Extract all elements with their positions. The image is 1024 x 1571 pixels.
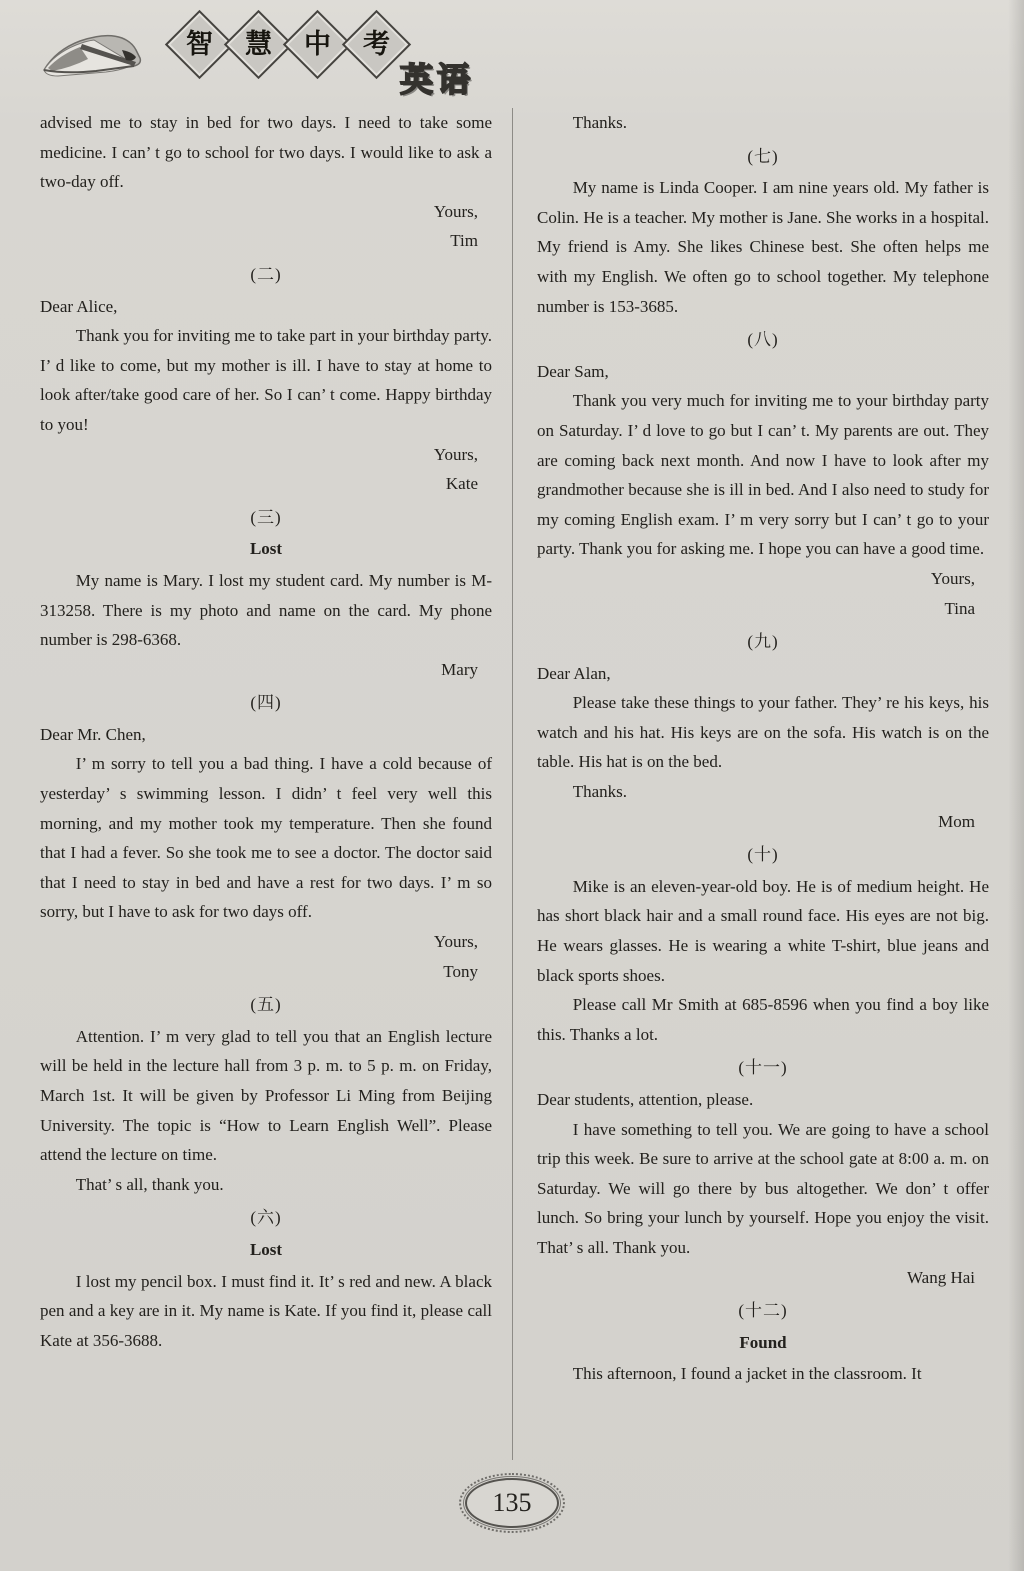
left-column: advised me to stay in bed for two days. … <box>40 108 492 1460</box>
paragraph: I’ m sorry to tell you a bad thing. I ha… <box>40 749 492 927</box>
letter-signature: Tim <box>40 226 492 256</box>
notice-title: Lost <box>40 1235 492 1265</box>
paragraph: Thank you for inviting me to take part i… <box>40 321 492 439</box>
letter-signature: Tina <box>537 594 989 624</box>
section-heading: (四) <box>40 688 492 718</box>
section-heading: (十) <box>537 840 989 870</box>
paragraph: That’ s all, thank you. <box>40 1170 492 1200</box>
letter-salutation: Dear Alice, <box>40 292 492 322</box>
paragraph: My name is Mary. I lost my student card.… <box>40 566 492 655</box>
letter-salutation: Dear students, attention, please. <box>537 1085 989 1115</box>
logo-char: 中 <box>304 31 331 58</box>
paragraph: I have something to tell you. We are goi… <box>537 1115 989 1263</box>
bullet-train-icon <box>36 24 154 86</box>
section-heading: (七) <box>537 142 989 172</box>
letter-signature: Yours, <box>40 927 492 957</box>
section-heading: (八) <box>537 325 989 355</box>
paragraph: This afternoon, I found a jacket in the … <box>537 1359 989 1389</box>
letter-signature: Mom <box>537 807 989 837</box>
notice-title: Lost <box>40 534 492 564</box>
section-heading: (九) <box>537 627 989 657</box>
logo-char: 考 <box>363 31 390 58</box>
letter-signature: Tony <box>40 957 492 987</box>
letter-salutation: Dear Sam, <box>537 357 989 387</box>
column-divider <box>512 108 513 1460</box>
logo-char: 智 <box>186 31 213 58</box>
letter-signature: Yours, <box>40 440 492 470</box>
section-heading: (六) <box>40 1203 492 1233</box>
paragraph: I lost my pencil box. I must find it. It… <box>40 1267 492 1356</box>
page-footer: 135 <box>0 1478 1024 1528</box>
letter-signature: Mary <box>40 655 492 685</box>
logo-char: 慧 <box>245 31 272 58</box>
letter-salutation: Dear Alan, <box>537 659 989 689</box>
two-column-body: advised me to stay in bed for two days. … <box>40 108 992 1460</box>
letter-signature: Yours, <box>537 564 989 594</box>
subject-label: 英语 <box>400 54 474 101</box>
section-heading: (十二) <box>537 1296 989 1326</box>
notice-title: Found <box>537 1328 989 1358</box>
workbook-page: 智 慧 中 考 英语 advised me to stay in bed for… <box>0 0 1024 1571</box>
letter-signature: Kate <box>40 469 492 499</box>
paragraph: My name is Linda Cooper. I am nine years… <box>537 173 989 321</box>
paragraph: Please take these things to your father.… <box>537 688 989 777</box>
right-column: Thanks.(七)My name is Linda Cooper. I am … <box>537 108 989 1460</box>
paragraph: Mike is an eleven-year-old boy. He is of… <box>537 872 989 990</box>
section-heading: (三) <box>40 503 492 533</box>
section-heading: (二) <box>40 260 492 290</box>
paragraph: Attention. I’ m very glad to tell you th… <box>40 1022 492 1170</box>
logo-diamond-row: 智 慧 中 考 <box>170 20 406 69</box>
letter-signature: Yours, <box>40 197 492 227</box>
letter-salutation: Dear Mr. Chen, <box>40 720 492 750</box>
paragraph-continuation: advised me to stay in bed for two days. … <box>40 108 492 197</box>
letter-signature: Wang Hai <box>537 1263 989 1293</box>
page-edge-shadow <box>1008 0 1024 1571</box>
paragraph: Please call Mr Smith at 685-8596 when yo… <box>537 990 989 1049</box>
section-heading: (五) <box>40 990 492 1020</box>
page-number: 135 <box>493 1488 532 1518</box>
paragraph: Thank you very much for inviting me to y… <box>537 386 989 564</box>
section-heading: (十一) <box>537 1053 989 1083</box>
paragraph: Thanks. <box>537 108 989 138</box>
paragraph: Thanks. <box>537 777 989 807</box>
page-header: 智 慧 中 考 英语 <box>28 14 624 100</box>
page-number-badge: 135 <box>465 1478 559 1528</box>
